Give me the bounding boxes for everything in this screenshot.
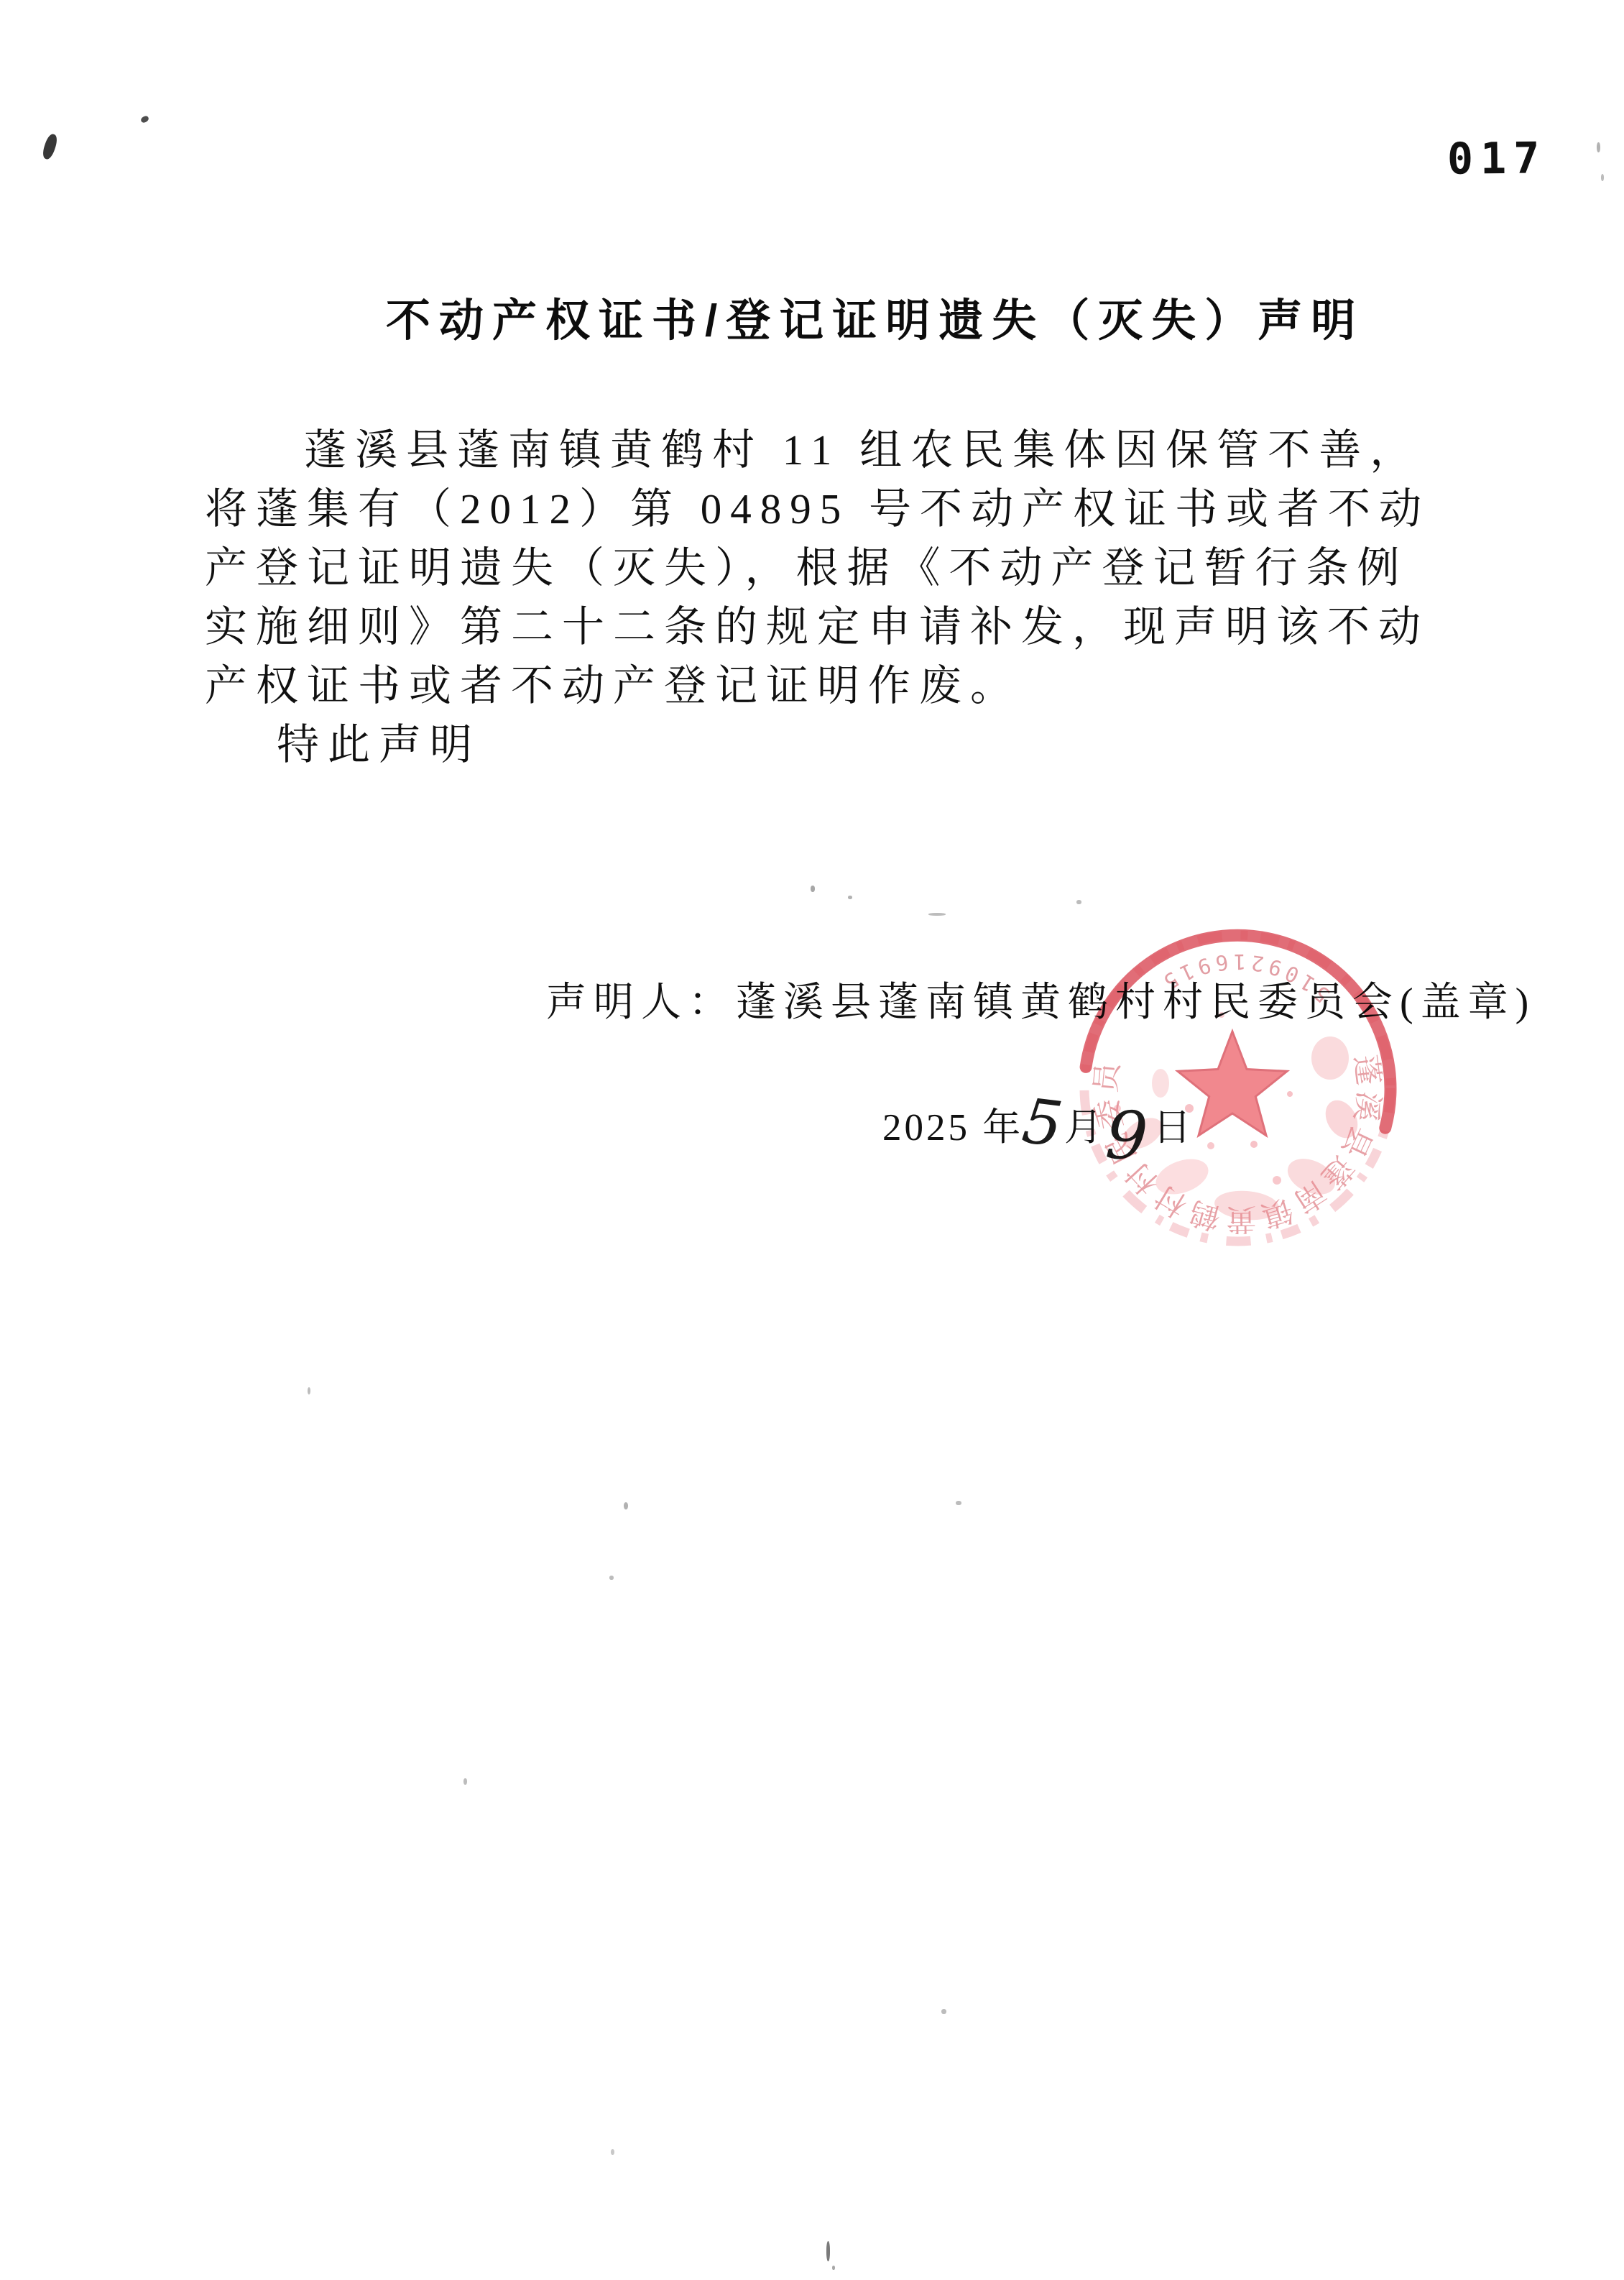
body-line: 将蓬集有（2012）第 04895 号不动产权证书或者不动 (205, 479, 1484, 538)
scan-speck (956, 1501, 961, 1505)
date-year-unit: 年 (982, 1097, 1023, 1152)
scan-speck (1597, 142, 1600, 152)
scan-speck (41, 133, 59, 161)
scan-speck (1076, 900, 1081, 904)
scan-speck (1601, 174, 1604, 181)
scan-speck (308, 1387, 310, 1394)
body-line: 实施细则》第二十二条的规定申请补发，现声明该不动 (205, 597, 1484, 656)
scan-speck (463, 1778, 467, 1785)
scan-speck (624, 1502, 628, 1509)
seal-star-icon (1178, 1031, 1287, 1136)
date-year: 2025 (882, 1106, 970, 1149)
scan-speck (848, 896, 852, 899)
scan-speck (928, 913, 946, 916)
scan-speck (826, 2241, 830, 2261)
scan-speck (140, 115, 150, 124)
body-line-closing: 特此声明 (205, 715, 1484, 774)
scan-speck (832, 2266, 835, 2270)
body-line: 产权证书或者不动产登记证明作废。 (205, 656, 1484, 715)
scan-speck (941, 2009, 946, 2014)
declaration-body: 蓬溪县蓬南镇黄鹤村 11 组农民集体因保管不善， 将蓬集有（2012）第 048… (205, 420, 1484, 774)
scan-speck (611, 2149, 614, 2155)
body-line: 蓬溪县蓬南镇黄鹤村 11 组农民集体因保管不善， (205, 420, 1484, 479)
official-seal: 蓬溪县蓬南镇黄鹤村村民委员会 5109216915 (1074, 929, 1412, 1259)
document-title: 不动产权证书/登记证明遗失（灭失）声明 (386, 285, 1364, 349)
page-number: 017 (1447, 133, 1547, 184)
body-line: 产登记证明遗失（灭失），根据《不动产登记暂行条例 (205, 538, 1484, 597)
scan-speck (811, 886, 815, 892)
scanned-document-page: 017 不动产权证书/登记证明遗失（灭失）声明 蓬溪县蓬南镇黄鹤村 11 组农民… (0, 0, 1624, 2280)
scan-speck (609, 1576, 614, 1580)
handwritten-month-digit: 5 (1020, 1097, 1069, 1151)
